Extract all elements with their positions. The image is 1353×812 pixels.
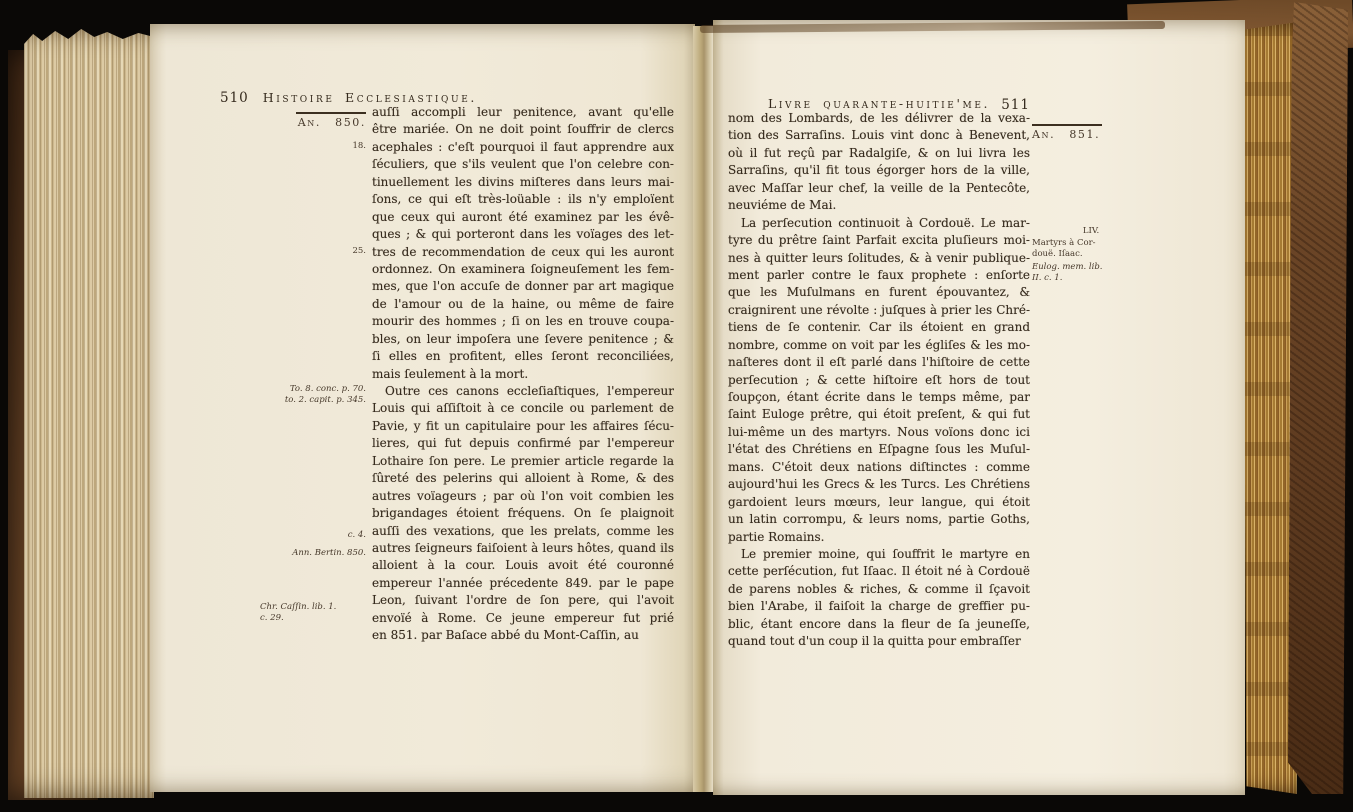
text-line: naſteres dont il eſt parlé dans l'hiſtoi…: [728, 354, 1030, 371]
text-line: auſſi accompli leur penitence, avant qu'…: [372, 104, 674, 121]
margin-note-text: An. 851.: [1032, 128, 1100, 141]
margin-note: Chr. Caſſin. lib. 1. c. 29.: [260, 602, 366, 623]
text-line: ſûreté des pelerins qui alloient à Rome,…: [372, 470, 674, 487]
text-line: Louis qui aſſiſtoit à ce concile ou parl…: [372, 400, 674, 417]
right-page: Livre quarante-huitie'me. 511 An. 851.LI…: [713, 20, 1245, 795]
text-line: avec Maſſar leur chef, la veille de la P…: [728, 180, 1030, 197]
text-line: quand tout d'un coup il la quitta pour e…: [728, 633, 1030, 650]
text-line: ques ; & qui porteront dans les voïages …: [372, 226, 674, 243]
year-margin-label: An. 850.: [260, 112, 366, 128]
text-line: tiens de ſe contenir. Car ils étoient en…: [728, 319, 1030, 336]
text-line: envoïé à Rome. Ce jeune empereur fut pri…: [372, 610, 674, 627]
text-line: mourir des hommes ; ſi on les en trouve …: [372, 313, 674, 330]
text-line: autres voïageurs ; par où l'on voit comb…: [372, 488, 674, 505]
text-line: acephales : c'eſt pourquoi il faut appre…: [372, 139, 674, 156]
text-line: ſons, ce qui eſt très-loüable : ils n'y …: [372, 191, 674, 208]
text-line: que les Muſulmans en furent épouvantez, …: [728, 284, 1030, 301]
text-line: où il fut reçû par Radalgiſe, & on lui l…: [728, 145, 1030, 162]
text-line: blic, étant encore dans la fleur de ſa j…: [728, 616, 1030, 633]
text-line: ment parler contre le faux prophete : en…: [728, 267, 1030, 284]
year-margin-label: An. 851.: [1032, 124, 1150, 140]
margin-note-text: Ann. Bertin. 850.: [292, 548, 366, 558]
text-line: perſecution ; & cette hiſtoire eſt hors …: [728, 372, 1030, 389]
text-line: lieres, qui fut depuis confirmé par l'em…: [372, 435, 674, 452]
left-running-title: Histoire Ecclesiastique.: [263, 90, 477, 105]
margin-note-text: Eulog. mem. lib. II. c. 1.: [1032, 262, 1103, 283]
text-line: mes, que l'on accuſe de donner par art m…: [372, 278, 674, 295]
text-line: Sarraſins, qu'il fit tous égorger hors d…: [728, 162, 1030, 179]
text-line: ſoupçon, étant écrite dans le temps même…: [728, 389, 1030, 406]
text-line: que ceux qui auront été examinez par les…: [372, 209, 674, 226]
book-photo: 510 Histoire Ecclesiastique. An. 850.18.…: [0, 0, 1353, 812]
text-line: l'état des Chrétiens en Eſpagne ſous les…: [728, 441, 1030, 458]
margin-note: 18.: [260, 141, 366, 152]
text-line: mais ſeulement à la mort.: [372, 366, 674, 383]
text-line: alloient à la cour. Louis avoit été cour…: [372, 557, 674, 574]
margin-rule: [1032, 124, 1102, 126]
text-line: bien l'Arabe, il faiſoit la charge de gr…: [728, 598, 1030, 615]
margin-rule: [296, 112, 366, 114]
text-line: auſſi des vexations, que les prelats, co…: [372, 523, 674, 540]
text-line: nes à quitter leurs ſolitudes, & à venir…: [728, 250, 1030, 267]
text-line: brigandages étoient fréquens. On ſe plai…: [372, 505, 674, 522]
text-line: nombre, comme on voit par les égliſes & …: [728, 337, 1030, 354]
text-line: tres de recommendation de ceux qui les a…: [372, 244, 674, 261]
text-line: être mariée. On ne doit point ſouffrir d…: [372, 121, 674, 138]
right-text-column: nom des Lombards, de les délivrer de la …: [728, 110, 1030, 651]
margin-note: To. 8. conc. p. 70. to. 2. capit. p. 345…: [260, 384, 366, 405]
margin-note-text: LIV.: [1083, 226, 1099, 236]
text-line: tinuellement les divins miſteres dans le…: [372, 174, 674, 191]
text-line: un latin corrompu, & leurs noms, partie …: [728, 511, 1030, 528]
margin-note: Martyrs à Cor- douë. Iſaac.: [1032, 238, 1150, 259]
text-line: en 851. par Baſace abbé du Mont-Caſſin, …: [372, 627, 674, 644]
left-text-column: auſſi accompli leur penitence, avant qu'…: [372, 104, 674, 645]
margin-note-text: Chr. Caſſin. lib. 1. c. 29.: [260, 602, 336, 623]
text-line: La perſecution continuoit à Cordouë. Le …: [728, 215, 1030, 232]
right-page-header: Livre quarante-huitie'me. 511: [728, 96, 1030, 111]
text-line: ordonnez. On examinera ſoigneuſement les…: [372, 261, 674, 278]
gutter-shadow: [693, 26, 713, 792]
text-line: Leon, ſuivant l'ordre de ſon pere, qui l…: [372, 592, 674, 609]
text-line: craignirent une révolte : juſques à prie…: [728, 302, 1030, 319]
text-line: ſaint Euloge prêtre, qui étoit preſent, …: [728, 406, 1030, 423]
margin-note-text: Martyrs à Cor- douë. Iſaac.: [1032, 238, 1096, 259]
text-line: Outre ces canons eccleſiaſtiques, l'empe…: [372, 383, 674, 400]
margin-note: LIV.: [1032, 226, 1150, 237]
left-page: 510 Histoire Ecclesiastique. An. 850.18.…: [150, 24, 695, 792]
text-line: tion des Sarraſins. Louis vint donc à Be…: [728, 127, 1030, 144]
text-line: bles, on leur impoſera une ſevere penite…: [372, 331, 674, 348]
text-line: Lothaire ſon pere. Le premier article re…: [372, 453, 674, 470]
margin-note: c. 4.: [260, 530, 366, 541]
text-line: mans. C'étoit deux nations diſtinctes : …: [728, 459, 1030, 476]
text-line: gardoient leurs mœurs, leur langue, qui …: [728, 494, 1030, 511]
text-line: empereur l'année précedente 849. par le …: [372, 575, 674, 592]
margin-note-text: 25.: [352, 246, 366, 256]
text-line: Pavie, y fit un capitulaire pour les aff…: [372, 418, 674, 435]
margin-note-text: To. 8. conc. p. 70. to. 2. capit. p. 345…: [285, 384, 366, 405]
text-line: cette perſécution, fut Iſaac. Il étoit n…: [728, 563, 1030, 580]
text-line: neuviéme de Mai.: [728, 197, 1030, 214]
text-line: ſéculiers, que s'ils veulent que l'on ce…: [372, 156, 674, 173]
margin-note-text: 18.: [352, 141, 366, 151]
text-line: aujourd'hui les Grecs & les Turcs. Les C…: [728, 476, 1030, 493]
margin-note: Eulog. mem. lib. II. c. 1.: [1032, 262, 1150, 283]
text-line: tyre du prêtre ſaint Parfait excita pluſ…: [728, 232, 1030, 249]
margin-note: Ann. Bertin. 850.: [260, 548, 366, 559]
text-line: autres ſeigneurs faiſoient à leurs hôtes…: [372, 540, 674, 557]
margin-note-text: c. 4.: [348, 530, 366, 540]
text-line: ſi elles en profitent, elles ſeront reco…: [372, 348, 674, 365]
left-page-edges: [24, 28, 154, 798]
text-line: de l'amour ou de la haine, ou même de fa…: [372, 296, 674, 313]
text-line: nom des Lombards, de les délivrer de la …: [728, 110, 1030, 127]
text-line: Le premier moine, qui ſouffrit le martyr…: [728, 546, 1030, 563]
right-running-title: Livre quarante-huitie'me.: [768, 96, 990, 111]
right-cover-leather: [1288, 2, 1348, 794]
text-line: partie Romains.: [728, 529, 1030, 546]
text-line: lui-même un des martyrs. Nous voïons don…: [728, 424, 1030, 441]
margin-note-text: An. 850.: [298, 116, 366, 129]
text-line: de parens nobles & riches, & comme il ſç…: [728, 581, 1030, 598]
left-folio-number: 510: [220, 90, 249, 106]
margin-note: 25.: [260, 246, 366, 257]
